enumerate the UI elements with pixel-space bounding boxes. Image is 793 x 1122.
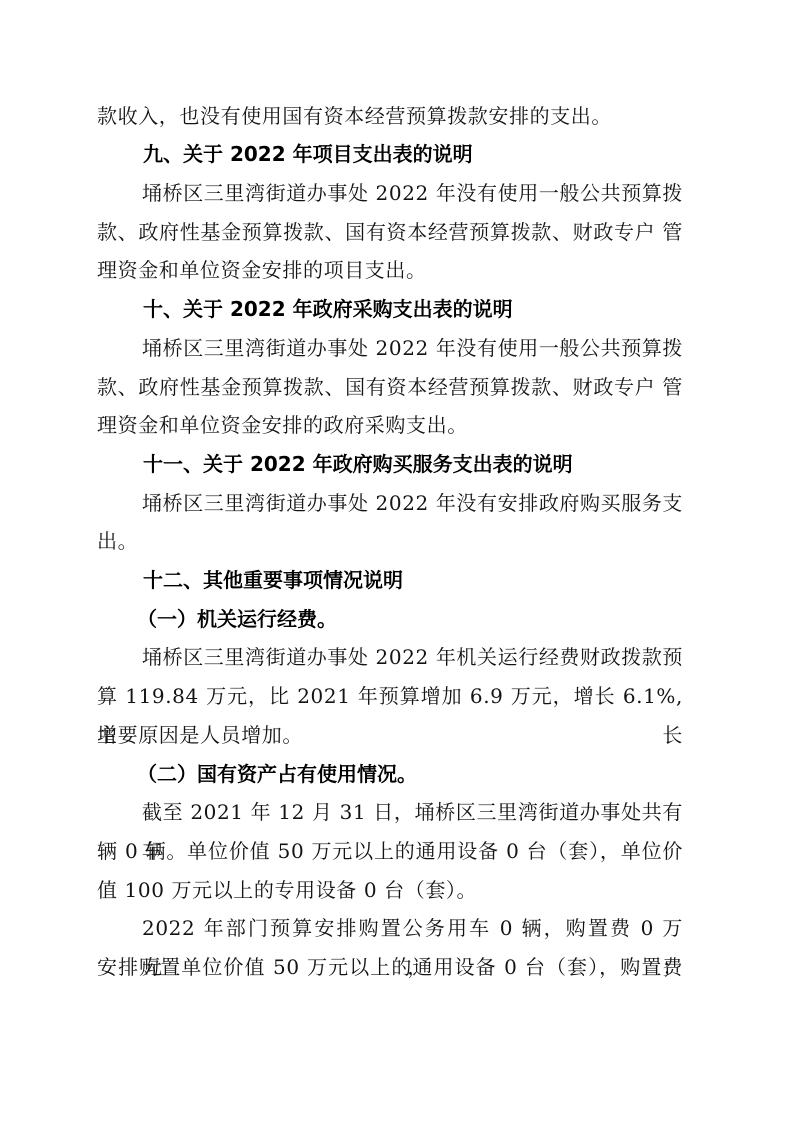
- paragraph-line: 埇桥区三里湾街道办事处 2022 年没有安排政府购买服务支: [97, 484, 683, 523]
- paragraph-line: 款收入，也没有使用国有资本经营预算拨款安排的支出。: [97, 97, 683, 136]
- subheading-operating-expenses: （一）机关运行经费。: [97, 600, 683, 639]
- paragraph-line: 理资金和单位资金安排的政府采购支出。: [97, 406, 683, 445]
- paragraph-line: 截至 2021 年 12 月 31 日，埇桥区三里湾街道办事处共有车: [97, 793, 683, 832]
- paragraph-line: 埇桥区三里湾街道办事处 2022 年没有使用一般公共预算拨: [97, 329, 683, 368]
- document-page: 款收入，也没有使用国有资本经营预算拨款安排的支出。 九、关于 2022 年项目支…: [0, 0, 793, 1122]
- paragraph-line: 2022 年部门预算安排购置公务用车 0 辆，购置费 0 万元，；: [97, 909, 683, 948]
- paragraph-line: 埇桥区三里湾街道办事处 2022 年没有使用一般公共预算拨: [97, 174, 683, 213]
- paragraph-line: 算 119.84 万元，比 2021 年预算增加 6.9 万元，增长 6.1%,…: [97, 677, 683, 716]
- subheading-state-assets: （二）国有资产占有使用情况。: [97, 755, 683, 794]
- paragraph-line: 值 100 万元以上的专用设备 0 台（套）。: [97, 871, 683, 910]
- paragraph-line: 出。: [97, 522, 683, 561]
- paragraph-line: 款、政府性基金预算拨款、国有资本经营预算拨款、财政专户 管: [97, 213, 683, 252]
- paragraph-line: 款、政府性基金预算拨款、国有资本经营预算拨款、财政专户 管: [97, 368, 683, 407]
- section-heading-purchased-services: 十一、关于 2022 年政府购买服务支出表的说明: [97, 445, 683, 484]
- paragraph-line: 辆 0 辆。单位价值 50 万元以上的通用设备 0 台（套），单位价: [97, 832, 683, 871]
- paragraph-line: 安排购置单位价值 50 万元以上的通用设备 0 台（套），购置费: [97, 948, 683, 987]
- paragraph-line: 主要原因是人员增加。: [97, 716, 683, 755]
- section-heading-government-procurement: 十、关于 2022 年政府采购支出表的说明: [97, 290, 683, 329]
- section-heading-other-matters: 十二、其他重要事项情况说明: [97, 561, 683, 600]
- section-heading-project-expenditure: 九、关于 2022 年项目支出表的说明: [97, 135, 683, 174]
- paragraph-line: 理资金和单位资金安排的项目支出。: [97, 251, 683, 290]
- paragraph-line: 埇桥区三里湾街道办事处 2022 年机关运行经费财政拨款预: [97, 638, 683, 677]
